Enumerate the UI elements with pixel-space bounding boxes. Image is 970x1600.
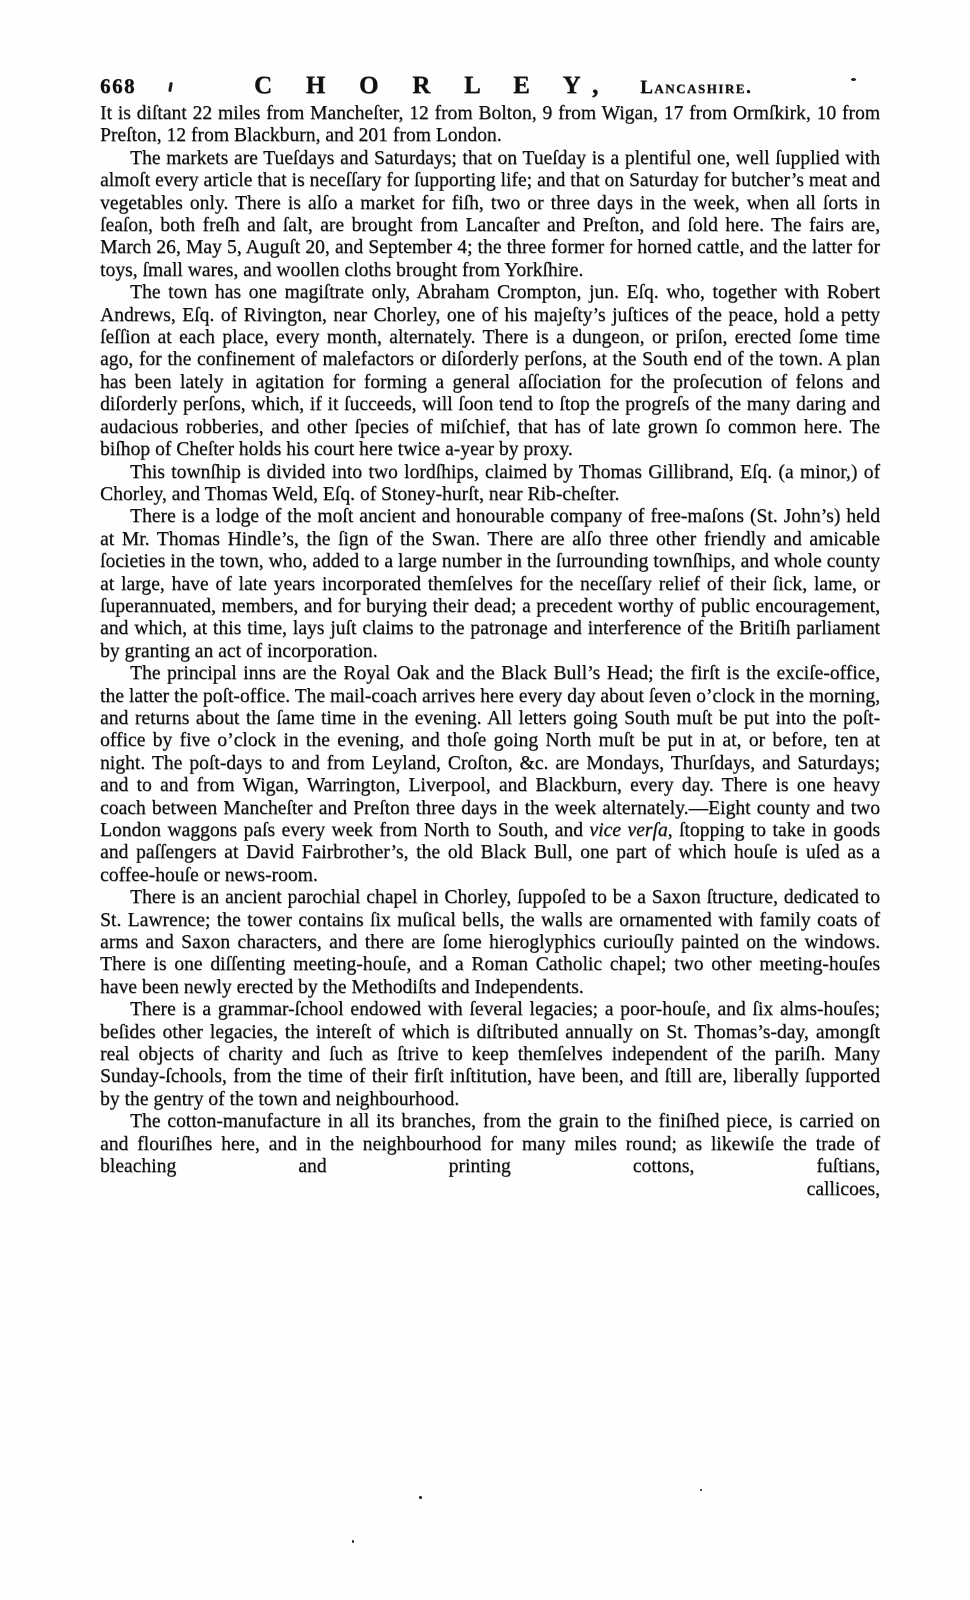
ink-speck: [851, 78, 856, 81]
ink-speck: [419, 1496, 422, 1499]
paragraph-inns-post: The principal inns are the Royal Oak and…: [100, 663, 880, 887]
inns-text-pre: The principal inns are the Royal Oak and…: [100, 663, 880, 841]
county-running-head: Lancashire.: [640, 77, 752, 99]
paragraph-markets-fairs: The markets are Tueſdays and Saturdays; …: [100, 148, 880, 282]
page-title: C H O R L E Y,: [254, 72, 612, 100]
paragraph-freemasons-societies: There is a lodge of the moſt ancient and…: [100, 506, 880, 663]
paragraph-distances: It is diſtant 22 miles from Mancheſter, …: [100, 103, 880, 148]
book-page: 668 C H O R L E Y, Lancashire. It is diſ…: [0, 0, 970, 1600]
catchword: callicoes,: [100, 1179, 880, 1201]
paragraph-cotton-manufacture: The cotton-manufacture in all its branch…: [100, 1111, 880, 1178]
inns-text-italic: vice verſa,: [589, 820, 672, 841]
page-number: 668: [100, 74, 136, 99]
paragraph-chapel-churches: There is an ancient parochial chapel in …: [100, 887, 880, 999]
page-text-block: It is diſtant 22 miles from Mancheſter, …: [100, 103, 880, 1201]
paragraph-magistrate-prison: The town has one magiſtrate only, Abraha…: [100, 282, 880, 461]
paragraph-school-charity: There is a grammar-ſchool endowed with ſ…: [100, 999, 880, 1111]
page-header: 668 C H O R L E Y, Lancashire.: [100, 72, 880, 100]
ink-speck: [352, 1540, 354, 1543]
paragraph-township-lordships: This townſhip is divided into two lordſh…: [100, 462, 880, 507]
ink-speck: [700, 1489, 702, 1491]
